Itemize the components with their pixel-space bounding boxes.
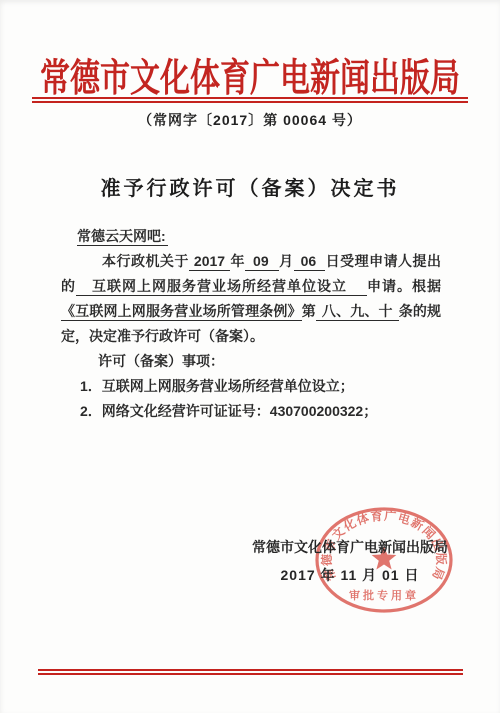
document-reference-number: （常网字〔2017〕第 00064 号） (0, 110, 500, 130)
fill-in-value: 互联网上网服务营业场所经营单位设立 (76, 278, 367, 296)
document-body: 常德云天网吧: 本行政机关于2017年09月06日受理申请人提出的互联网上网服务… (61, 223, 441, 424)
addressee: 常德云天网吧: (77, 223, 441, 249)
paragraph-text: 第 (302, 303, 316, 319)
fill-in-value: 《互联网上网服务营业场所管理条例》 (61, 303, 302, 321)
permit-item: 1．互联网上网服务营业场所经营单位设立； (80, 374, 441, 399)
document-page: 常德市文化体育广电新闻出版局 （常网字〔2017〕第 00064 号） 准予行政… (0, 0, 500, 713)
header-double-rule (32, 97, 468, 103)
paragraph-text: 年 (230, 253, 245, 269)
fill-in-value: 09 (245, 253, 279, 271)
document-title: 准予行政许可（备案）决定书 (0, 172, 500, 201)
fill-in-value: 八、九、十 (316, 303, 399, 321)
paragraph-text: 申请。根据 (367, 278, 441, 294)
permit-items-heading: 许可（备案）事项： (98, 349, 441, 374)
signature-date: 2017 年 11 月 01 日 (250, 565, 450, 585)
addressee-name: 常德云天网吧: (77, 228, 168, 246)
fill-in-value: 06 (294, 253, 326, 271)
paragraph-text: 月 (279, 253, 294, 269)
signature-agency: 常德市文化体育广电新闻出版局 (250, 537, 450, 557)
permit-item: 2．网络文化经营许可证证号：430700200322； (80, 399, 441, 424)
paragraph-text: 本行政机关于 (102, 253, 189, 269)
fill-in-value: 2017 (189, 253, 230, 271)
footer-double-rule (38, 669, 463, 675)
permit-items-list: 1．互联网上网服务营业场所经营单位设立；2．网络文化经营许可证证号：430700… (61, 374, 441, 424)
decision-paragraph: 本行政机关于2017年09月06日受理申请人提出的互联网上网服务营业场所经营单位… (61, 249, 441, 349)
stamp-bottom-text: 审批专用章 (349, 588, 419, 602)
signature-block: 常德市文化体育广电新闻出版局 2017 年 11 月 01 日 (250, 537, 450, 585)
letterhead-agency-name: 常德市文化体育广电新闻出版局 (0, 46, 500, 102)
